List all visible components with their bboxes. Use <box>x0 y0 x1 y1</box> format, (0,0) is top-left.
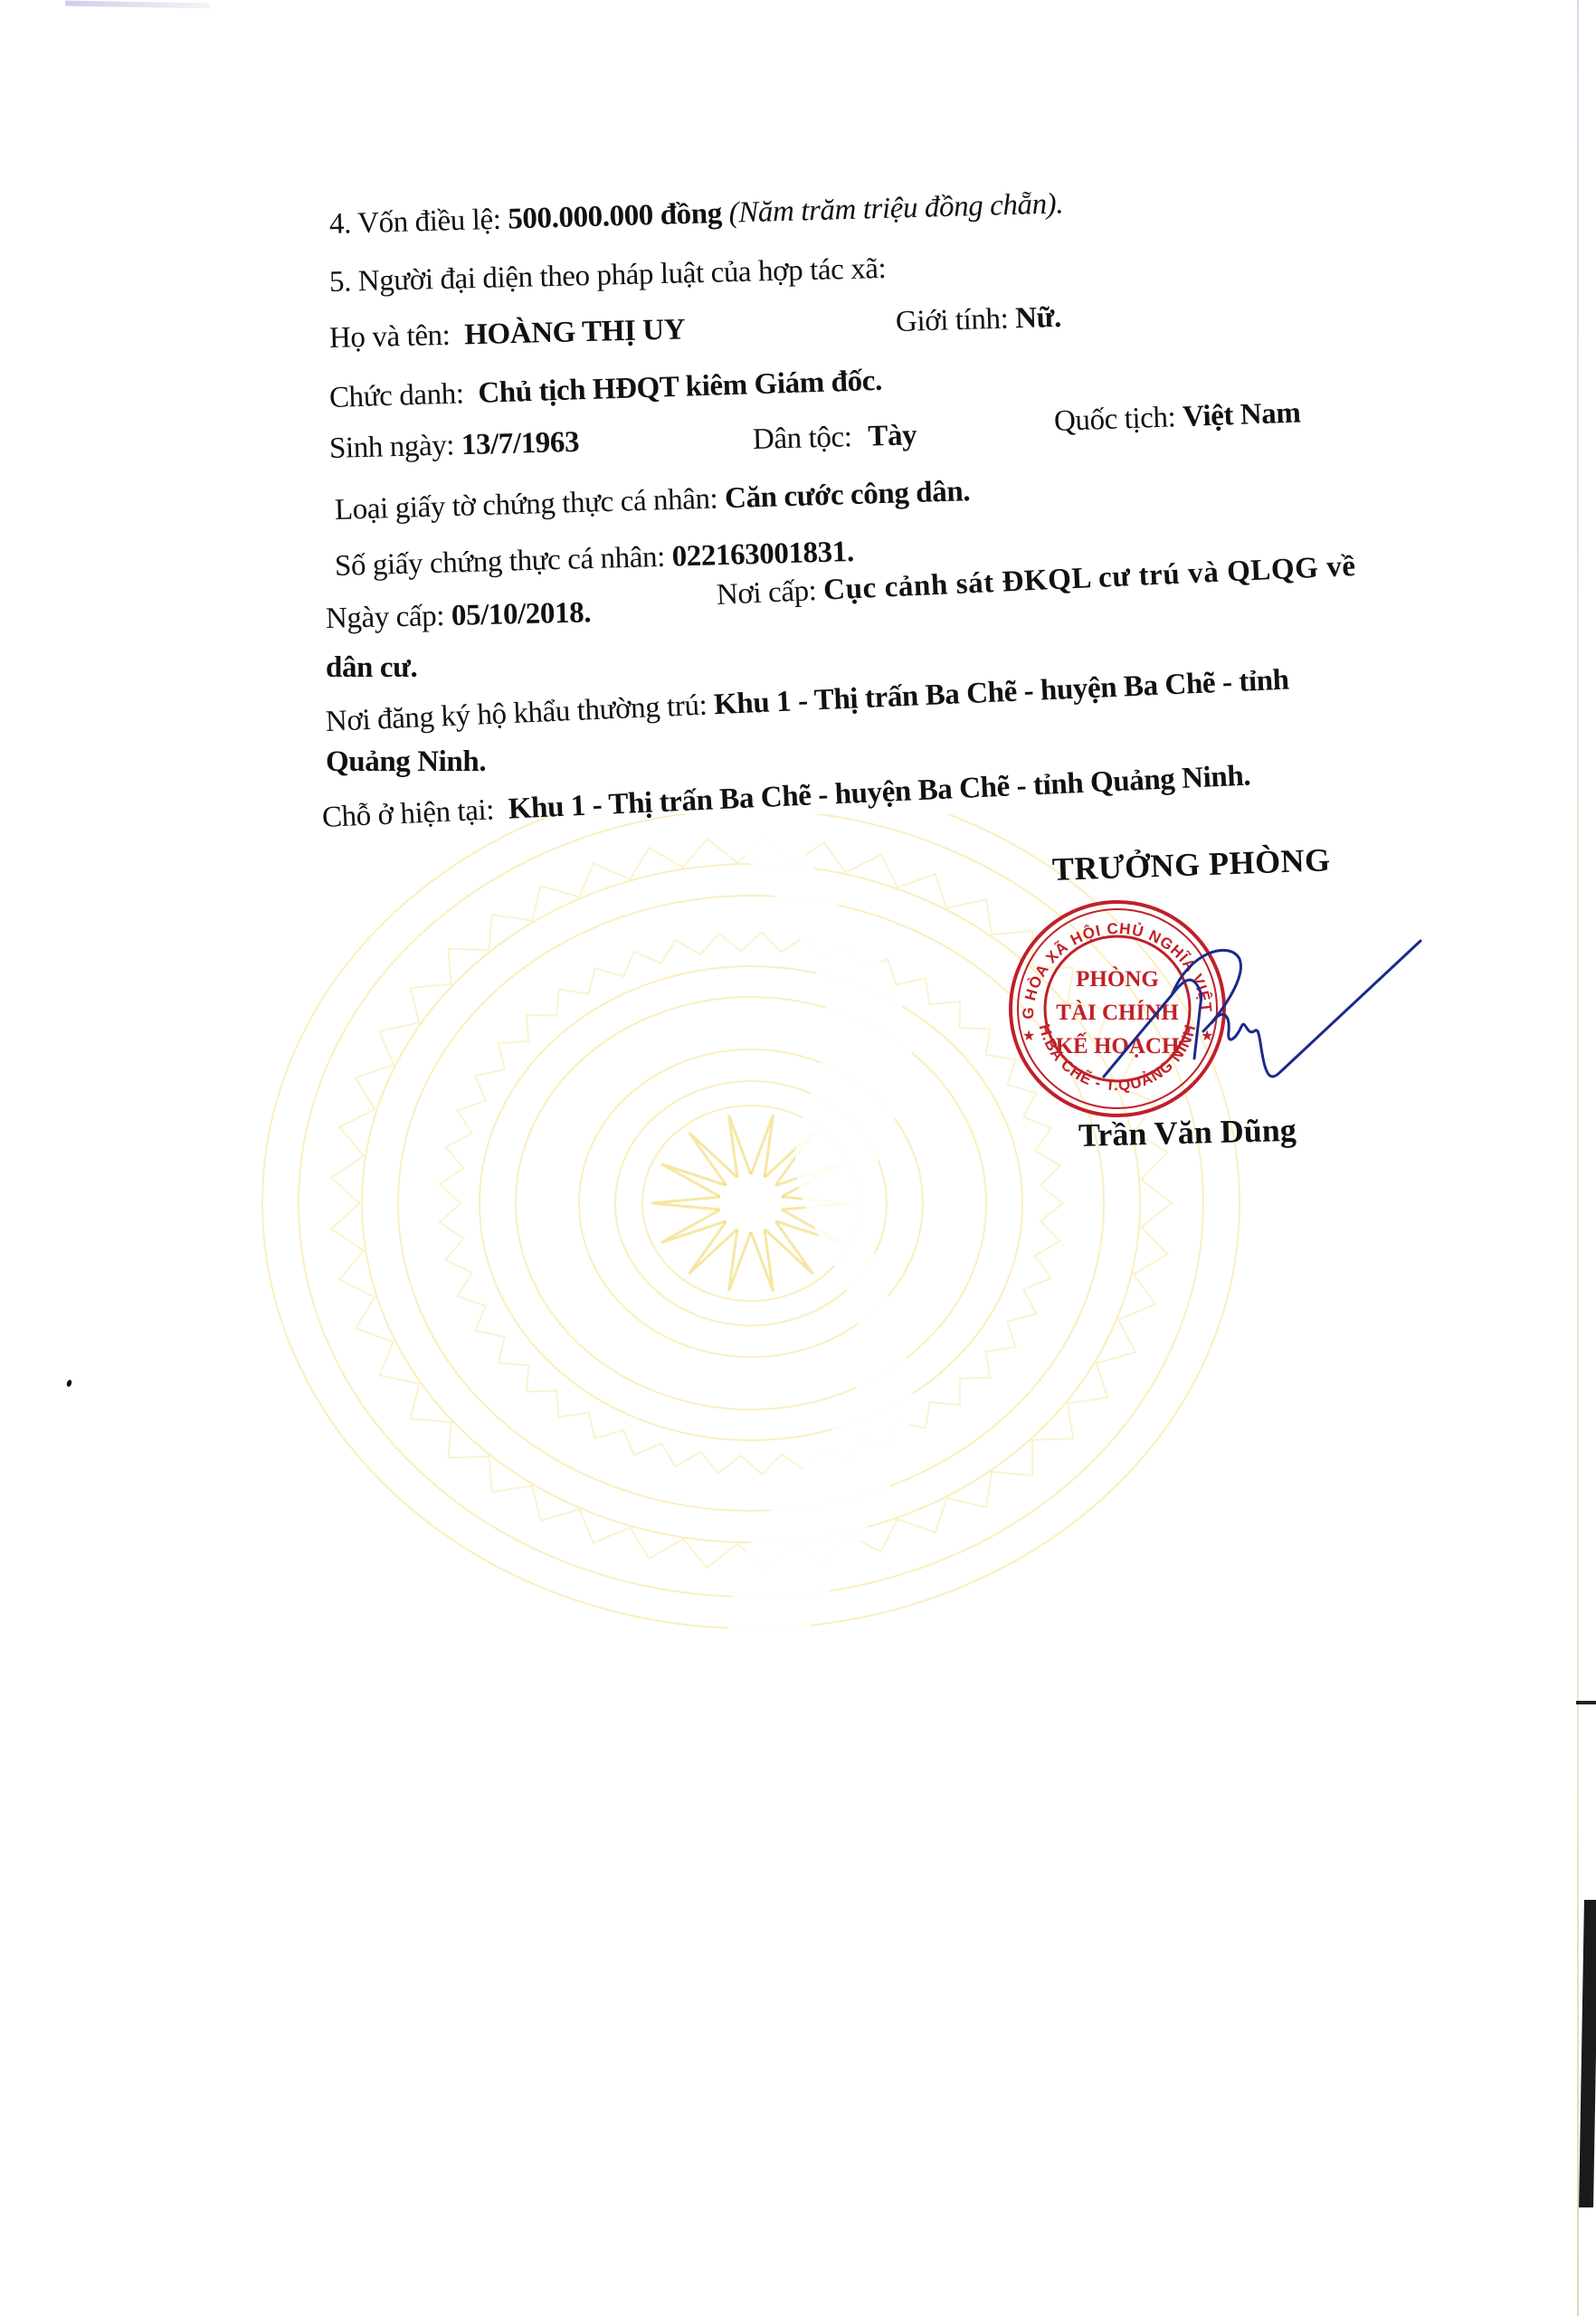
issue-place-value-line1: Cục cảnh sát ĐKQL cư trú và QLQG về <box>822 550 1356 607</box>
issue-place-continuation: dân cư. <box>326 650 417 686</box>
charter-capital-label: 4. Vốn điều lệ: <box>328 203 508 240</box>
gender-value: Nữ. <box>1015 301 1062 335</box>
charter-capital-line: 4. Vốn điều lệ: 500.000.000 đồng (Năm tr… <box>328 185 1063 242</box>
title-line: Chức danh: Chủ tịch HĐQT kiêm Giám đốc. <box>328 363 882 416</box>
charter-capital-note: (Năm trăm triệu đồng chẵn). <box>721 187 1063 230</box>
ink-speck <box>66 1379 72 1387</box>
issue-date-line: Ngày cấp: 05/10/2018. <box>326 594 592 637</box>
gender-line: Giới tính: Nữ. <box>895 299 1061 340</box>
legal-rep-heading-text: 5. Người đại diện theo pháp luật của hợp… <box>329 252 887 299</box>
svg-text:★: ★ <box>1022 1029 1035 1044</box>
handwritten-signature-icon <box>1086 923 1430 1113</box>
right-edge-mark <box>1576 1701 1596 1704</box>
nationality-line: Quốc tịch: Việt Nam <box>1053 395 1301 440</box>
ethnicity-line: Dân tộc: Tày <box>752 417 917 458</box>
nationality-label: Quốc tịch: <box>1053 401 1183 438</box>
full-name-label: Họ và tên: <box>329 319 458 355</box>
permanent-address-line: Nơi đăng ký hộ khẩu thường trú: Khu 1 - … <box>325 662 1289 740</box>
id-number-value: 022163001831. <box>671 536 854 574</box>
id-type-value: Căn cước công dân. <box>725 475 971 515</box>
nationality-value: Việt Nam <box>1183 396 1301 433</box>
ethnicity-value: Tày <box>868 419 917 452</box>
permanent-address-continuation: Quảng Ninh. <box>326 744 486 780</box>
charter-capital-value: 500.000.000 đồng <box>508 197 722 236</box>
ethnicity-label: Dân tộc: <box>753 421 860 456</box>
id-number-label: Số giấy chứng thực cá nhân: <box>334 541 672 583</box>
permanent-address-value-line2: Quảng Ninh. <box>326 745 486 778</box>
full-name-value: HOÀNG THỊ UY <box>464 313 686 351</box>
full-name-line: Họ và tên: HOÀNG THỊ UY <box>329 311 686 356</box>
dob-line: Sinh ngày: 13/7/1963 <box>328 424 579 467</box>
signer-name: Trần Văn Dũng <box>1078 1111 1297 1154</box>
legal-rep-heading: 5. Người đại diện theo pháp luật của hợp… <box>329 251 887 300</box>
title-label: Chức danh: <box>328 377 471 414</box>
permanent-address-value-line1: Khu 1 - Thị trấn Ba Chẽ - huyện Ba Chẽ -… <box>713 664 1289 722</box>
dob-value: 13/7/1963 <box>461 426 579 461</box>
id-type-line: Loại giấy tờ chứng thực cá nhân: Căn cướ… <box>334 473 970 528</box>
current-address-value: Khu 1 - Thị trấn Ba Chẽ - huyện Ba Chẽ -… <box>508 759 1251 825</box>
current-address-label: Chỗ ở hiện tại: <box>321 793 501 834</box>
title-value: Chủ tịch HĐQT kiêm Giám đốc. <box>478 365 882 410</box>
id-type-label: Loại giấy tờ chứng thực cá nhân: <box>334 482 725 527</box>
issue-date-label: Ngày cấp: <box>326 600 452 635</box>
issue-place-label: Nơi cấp: <box>716 574 824 612</box>
right-edge-shadow <box>1579 1900 1596 2207</box>
document-page: 4. Vốn điều lệ: 500.000.000 đồng (Năm tr… <box>0 0 1596 2316</box>
issue-date-value: 05/10/2018. <box>451 596 592 631</box>
dob-label: Sinh ngày: <box>329 429 462 465</box>
gender-label: Giới tính: <box>895 302 1015 338</box>
issue-place-value-line2: dân cư. <box>326 651 417 684</box>
permanent-address-label: Nơi đăng ký hộ khẩu thường trú: <box>325 688 715 738</box>
